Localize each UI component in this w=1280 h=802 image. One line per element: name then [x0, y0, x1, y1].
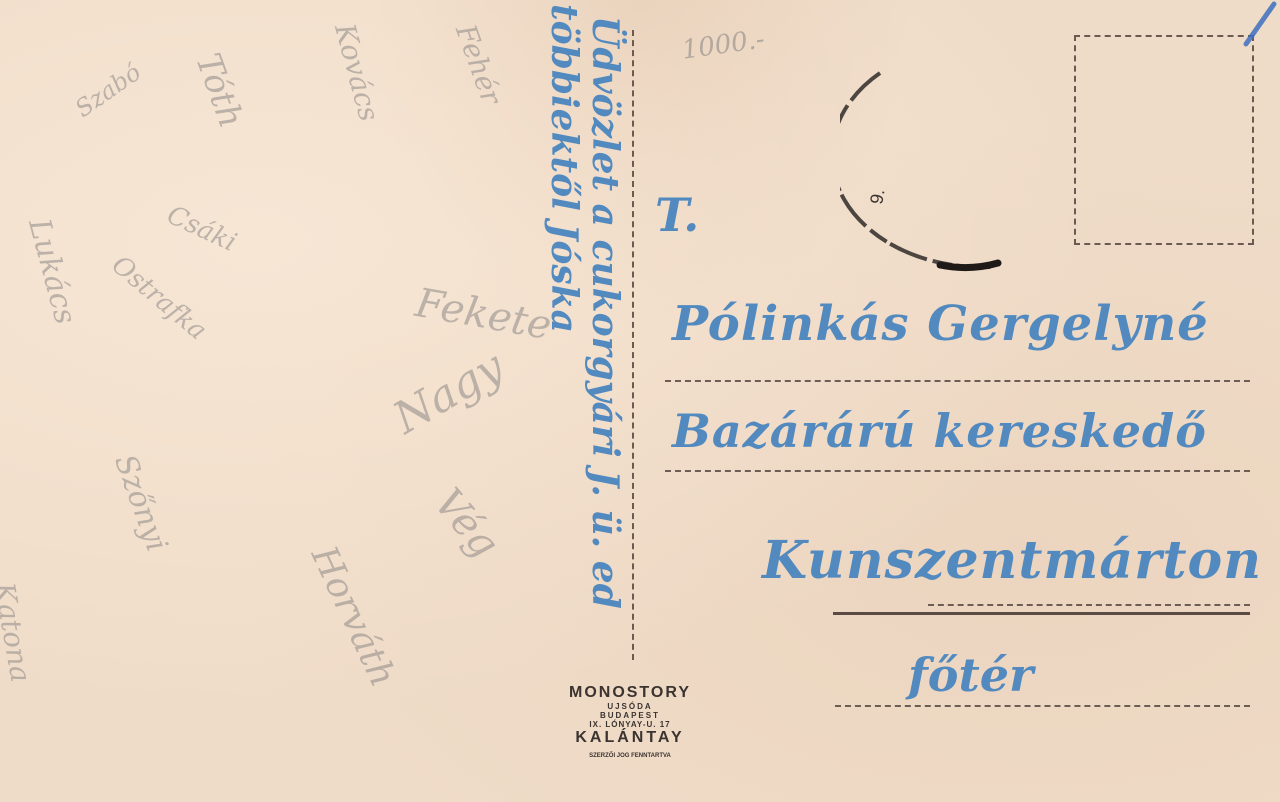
pencil-price-note: 1000.- — [680, 24, 767, 65]
pencil-signature: Fehér — [449, 20, 508, 109]
address-rule-2 — [665, 470, 1250, 472]
pencil-signature: Ostrafka — [106, 250, 213, 346]
address-rule-3-solid — [833, 612, 1250, 615]
pencil-signature: Fekete — [412, 280, 555, 349]
publisher-address: IX. LÓNYAY-U. 17 — [550, 720, 710, 729]
stamp-box — [1074, 35, 1254, 245]
address-line-4: főtér — [908, 648, 1033, 702]
pencil-signature: Kovács — [328, 20, 386, 125]
message-line-1: Üdvözlet a cukorgyári J. ü. ed — [584, 16, 626, 609]
pencil-signature: Nagy — [385, 341, 512, 444]
pencil-signature: Horváth — [303, 540, 403, 693]
pencil-signature: Lukács — [21, 215, 83, 328]
ink-stroke-mark — [1236, 0, 1280, 50]
pencil-signature: Csáki — [162, 200, 241, 258]
publisher-name-2: KALÁNTAY — [550, 729, 710, 747]
publisher-copyright: SZERZŐI JOG FENNTARTVA — [550, 753, 710, 759]
publisher-mark: MONOSTORY UJSÓDA BUDAPEST IX. LÓNYAY-U. … — [550, 684, 710, 759]
pencil-signature: Szabó — [70, 58, 146, 123]
pencil-signature: Szőnyi — [107, 450, 174, 556]
postmark-text: 9. — [866, 187, 888, 205]
pencil-signature: Vég — [425, 480, 508, 567]
address-line-3: Kunszentmárton — [762, 530, 1262, 591]
pencil-signature: Katona — [0, 580, 37, 685]
publisher-name: MONOSTORY — [550, 684, 710, 702]
publisher-line-2: UJSÓDA — [550, 702, 710, 711]
address-line-2: Bazárárú kereskedő — [672, 404, 1207, 458]
address-line-1: Pólinkás Gergelyné — [672, 296, 1209, 352]
message-line-2: többiektől Jóska — [543, 4, 585, 333]
address-rule-1 — [665, 380, 1250, 382]
salutation: T. — [655, 188, 699, 242]
address-rule-3-dashed — [928, 604, 1250, 606]
postmark-icon: 9. — [840, 55, 1020, 285]
pencil-signature: Tóth — [187, 48, 251, 133]
address-rule-4 — [835, 705, 1250, 707]
center-divider — [632, 30, 634, 660]
publisher-city: BUDAPEST — [550, 711, 710, 720]
postcard-back: 9. 1000.- T. Pólinkás Gergelyné Bazárárú… — [0, 0, 1280, 802]
